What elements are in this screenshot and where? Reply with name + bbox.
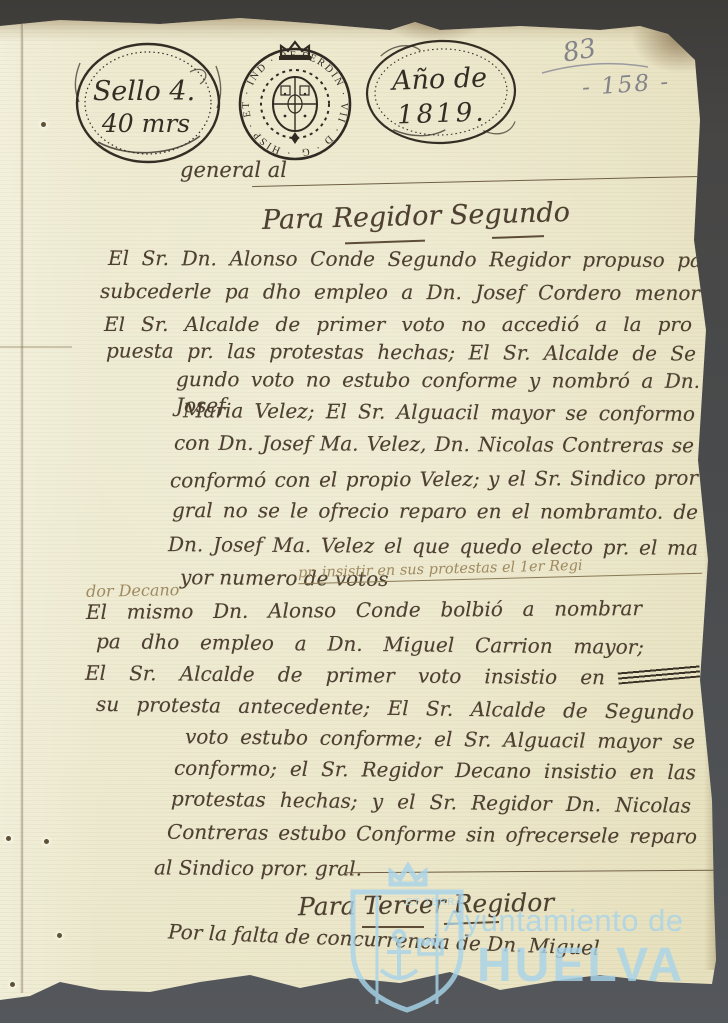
stitch-hole <box>10 982 15 987</box>
manuscript-line: gral no se le ofrecio reparo en el nombr… <box>172 497 698 525</box>
sello-stamp: Sello 4. 40 mrs <box>72 38 224 168</box>
watermark-crown-icon <box>391 866 425 884</box>
manuscript-line: conformó con el propio Velez; y el Sr. S… <box>170 465 698 494</box>
ledger-label: general al <box>180 158 287 182</box>
singe-mark <box>704 60 720 970</box>
flourish-ornament <box>75 63 80 102</box>
fold-crease <box>20 18 24 993</box>
manuscript-line: Contreras estubo Conforme sin ofrecersel… <box>167 819 697 850</box>
section-heading: Para Regidor Segundo <box>262 197 571 236</box>
manuscript-line: su protesta antecedente; El Sr. Alcalde … <box>96 691 694 725</box>
anchor-icon <box>381 931 417 980</box>
royal-seal-stamp: · HISP · ET · IND · REX FERDIN · VII · D… <box>235 26 355 166</box>
manuscript-line: El Sr. Alcalde de primer voto no accedió… <box>104 311 692 337</box>
stitch-hole <box>57 933 62 938</box>
manuscript-line: puesta pr. las protestas hechas; El Sr. … <box>106 337 696 366</box>
watermark-city: HUELVA <box>477 938 685 993</box>
manuscript-line: voto estubo conforme; el Sr. Alguacil ma… <box>185 723 695 754</box>
manuscript-line: subcederle pa dho empleo a Dn. Josef Cor… <box>100 278 700 306</box>
fleece-pendant <box>291 132 299 144</box>
manuscript-line: con Dn. Josef Ma. Velez, Dn. Nicolas Con… <box>174 430 694 459</box>
heading-underline <box>492 235 544 239</box>
strikethrough-scribble <box>618 664 701 684</box>
manuscript-line: pa dho empleo a Dn. Miguel Carrion mayor… <box>96 628 644 660</box>
secondary-number: - 158 - <box>581 69 671 101</box>
stitch-hole <box>41 122 46 127</box>
fold-crease <box>0 346 72 348</box>
manuscript-line: al Sindico pror. gral. <box>154 854 362 881</box>
flourish-ornament <box>98 136 200 153</box>
tower-icon <box>419 940 442 954</box>
watermark-shield-icon: ET TERRA <box>333 858 483 1023</box>
year-value: 1819. <box>397 97 487 130</box>
heading-underline <box>345 240 425 245</box>
manuscript-line: Maria Velez; El Sr. Alguacil mayor se co… <box>183 397 695 427</box>
scan-background: Sello 4. 40 mrs · HISP · ET · IND · REX … <box>0 0 728 1023</box>
manuscript-line: protestas hechas; y el Sr. Regidor Dn. N… <box>171 785 691 818</box>
year-stamp: Año de 1819. <box>360 33 522 150</box>
manuscript-line: El mismo Dn. Alonso Conde bolbió a nombr… <box>86 595 642 625</box>
stitch-hole <box>44 839 49 844</box>
watermark-institution: Ayuntamiento de <box>444 903 684 939</box>
year-label: Año de <box>389 62 488 96</box>
sello-value: 40 mrs <box>101 109 190 138</box>
stitch-hole <box>6 836 11 841</box>
insertion-line: pr. insistir en sus protestas el 1er Reg… <box>298 555 702 585</box>
ledger-rule <box>252 176 702 187</box>
svg-text:· HISP · ET · IND · REX: · HISP · ET · IND · REX <box>235 26 298 158</box>
manuscript-line: El Sr. Alcalde de primer voto insistio e… <box>85 660 605 691</box>
insertion-line: dor Decano <box>86 580 180 601</box>
sello-title: Sello 4. <box>93 76 195 107</box>
manuscript-line: conformo; el Sr. Regidor Decano insistio… <box>174 755 696 786</box>
manuscript-line: El Sr. Dn. Alonso Conde Segundo Regidor … <box>108 245 702 273</box>
seal-inscription-left: · HISP · ET · IND · REX <box>235 26 298 158</box>
